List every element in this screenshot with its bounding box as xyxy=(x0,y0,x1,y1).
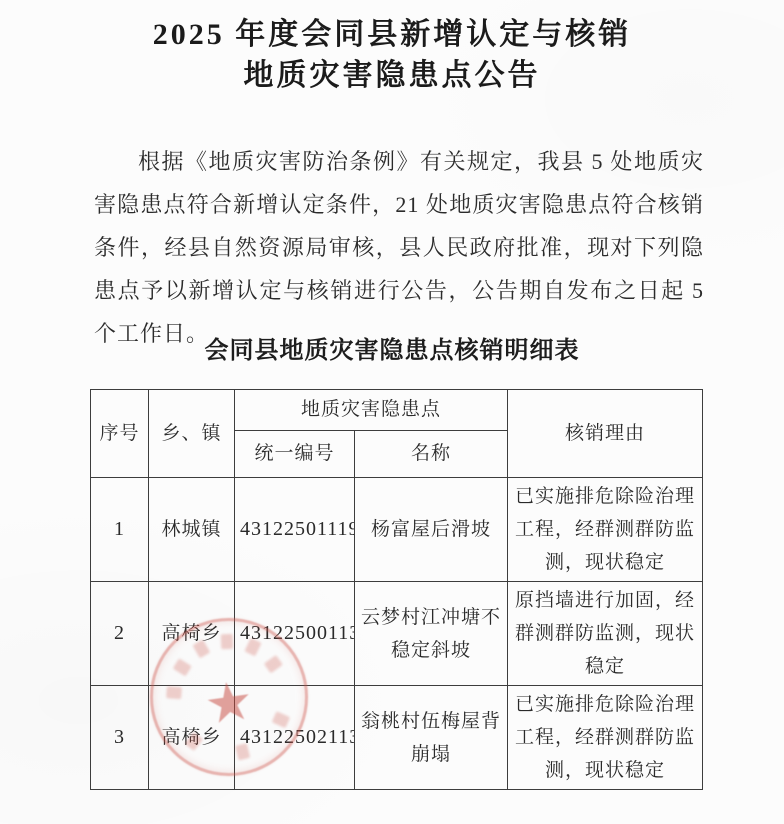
header-hazard-group: 地质灾害隐患点 xyxy=(235,390,508,431)
table-row: 1 林城镇 431225011190 杨富屋后滑坡 已实施排危除险治理工程，经群… xyxy=(91,478,703,582)
document-title-line-1: 2025 年度会同县新增认定与核销 xyxy=(0,14,784,55)
table-row: 3 高椅乡 431225021134 翁桃村伍梅屋背崩塌 已实施排危除险治理工程… xyxy=(91,686,703,790)
table-row: 2 高椅乡 431225001139 云梦村江冲塘不稳定斜坡 原挡墙进行加固，经… xyxy=(91,582,703,686)
header-reason: 核销理由 xyxy=(508,390,703,478)
cell-unified-id: 431225011190 xyxy=(235,478,355,582)
cell-seq: 3 xyxy=(91,686,149,790)
document-title-line-2: 地质灾害隐患点公告 xyxy=(0,55,784,96)
cell-name: 杨富屋后滑坡 xyxy=(355,478,508,582)
cell-reason: 原挡墙进行加固，经群测群防监测，现状稳定 xyxy=(508,582,703,686)
cell-unified-id: 431225021134 xyxy=(235,686,355,790)
cell-township: 高椅乡 xyxy=(149,582,235,686)
header-township: 乡、镇 xyxy=(149,390,235,478)
table-title: 会同县地质灾害隐患点核销明细表 xyxy=(0,330,784,365)
hazard-cancellation-table: 序号 乡、镇 地质灾害隐患点 核销理由 统一编号 名称 1 林城镇 431225… xyxy=(90,389,703,790)
cell-seq: 2 xyxy=(91,582,149,686)
scanned-announcement-page: { "page": { "title_line1": "2025 年度会同县新增… xyxy=(0,0,784,824)
header-name: 名称 xyxy=(355,431,508,478)
cell-name: 翁桃村伍梅屋背崩塌 xyxy=(355,686,508,790)
cell-unified-id: 431225001139 xyxy=(235,582,355,686)
cell-reason: 已实施排危除险治理工程，经群测群防监测，现状稳定 xyxy=(508,478,703,582)
cell-township: 林城镇 xyxy=(149,478,235,582)
cell-seq: 1 xyxy=(91,478,149,582)
cell-name: 云梦村江冲塘不稳定斜坡 xyxy=(355,582,508,686)
document-title: 2025 年度会同县新增认定与核销 地质灾害隐患点公告 xyxy=(0,14,784,96)
header-seq: 序号 xyxy=(91,390,149,478)
header-unified-id: 统一编号 xyxy=(235,431,355,478)
cell-reason: 已实施排危除险治理工程，经群测群防监测，现状稳定 xyxy=(508,686,703,790)
table-header-row-top: 序号 乡、镇 地质灾害隐患点 核销理由 xyxy=(91,390,703,431)
cell-township: 高椅乡 xyxy=(149,686,235,790)
announcement-paragraph: 根据《地质灾害防治条例》有关规定，我县 5 处地质灾害隐患点符合新增认定条件，2… xyxy=(94,140,704,355)
